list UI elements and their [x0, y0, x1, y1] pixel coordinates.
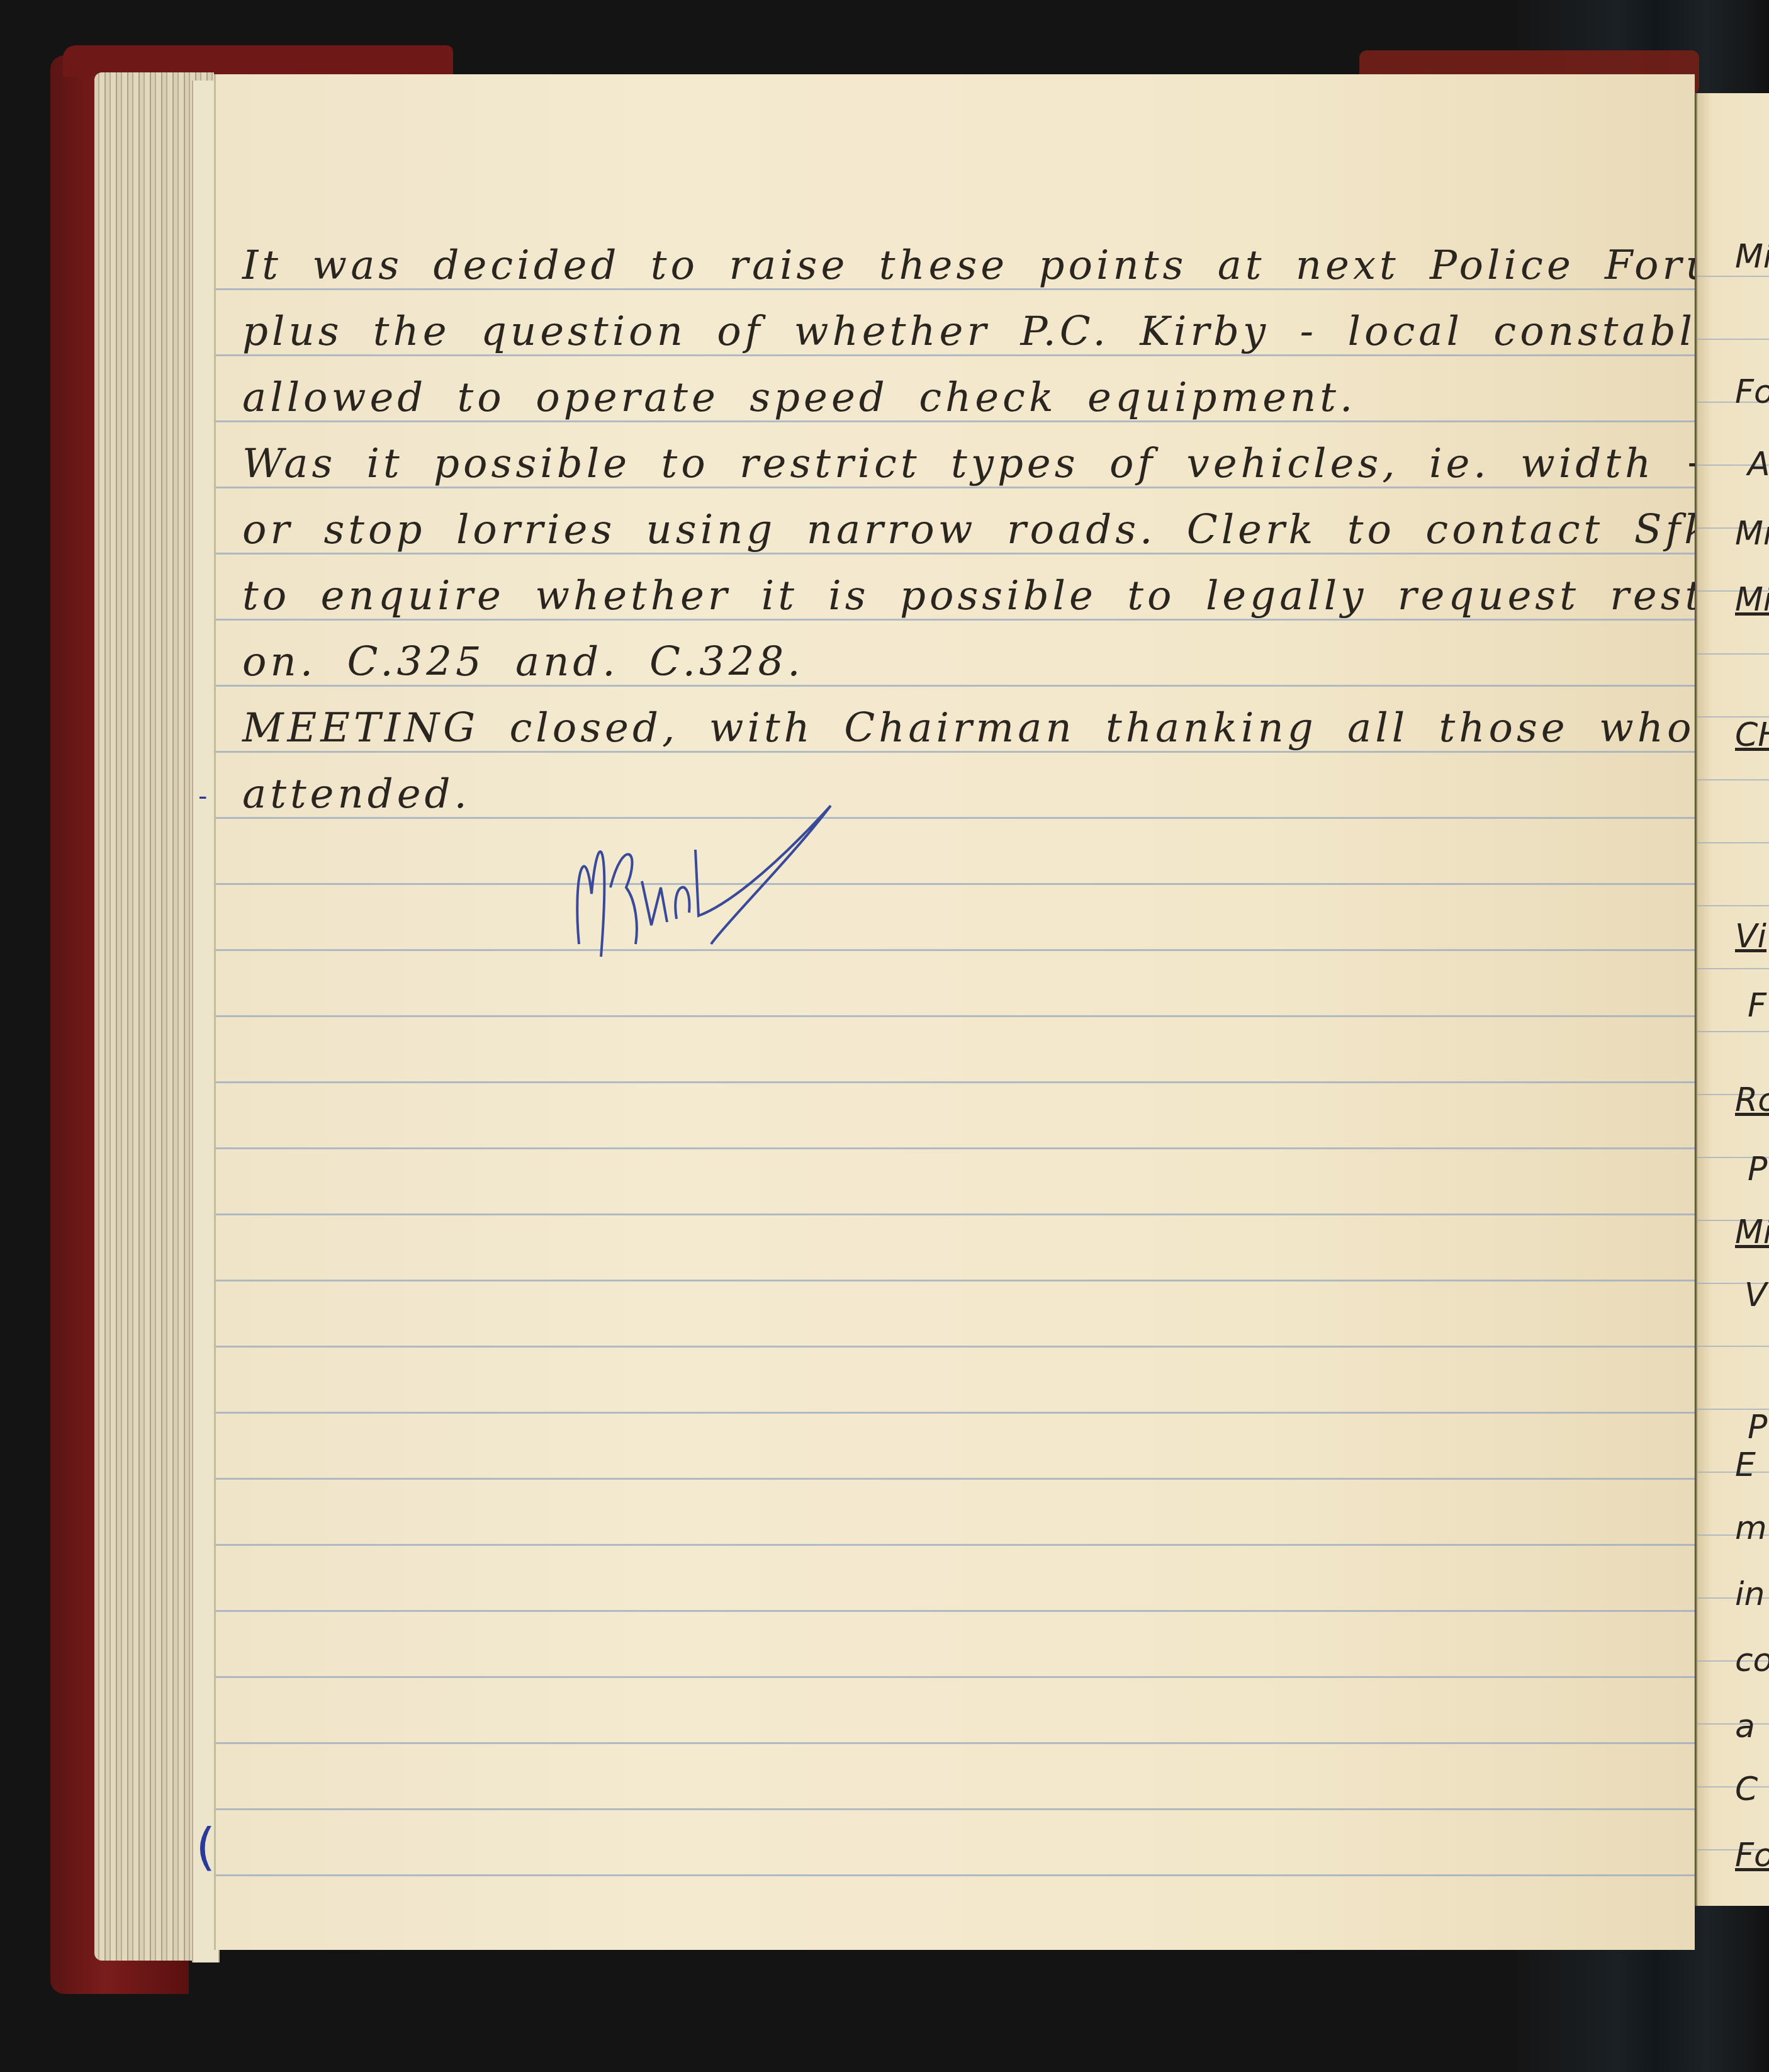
minutes-line-7: on. C.325 and. C.328. [242, 639, 804, 685]
ruled-line [1697, 653, 1769, 655]
ruled-line [1697, 1786, 1769, 1788]
ruled-line [1697, 905, 1769, 906]
ruled-line [1697, 339, 1769, 340]
right-page-text-fragment: V [1744, 1276, 1767, 1314]
ruled-line [216, 1346, 1695, 1348]
minutes-line-8: MEETING closed, with Chairman thanking a… [242, 705, 1769, 752]
left-page [214, 74, 1695, 1950]
right-page-text-fragment: P [1748, 1151, 1767, 1188]
right-page-edge: Mi Fo A Mr Mi CH Vi F Ro P Mi V P E m in… [1695, 93, 1769, 1906]
margin-ink-mark: ( [196, 1818, 215, 1876]
margin-ink-mark: - [198, 782, 207, 811]
ruled-line [216, 1015, 1695, 1017]
right-page-text-fragment: A [1748, 446, 1769, 483]
minutes-line-4: Was it possible to restrict types of veh… [242, 441, 1769, 487]
ruled-line [216, 1081, 1695, 1083]
ruled-line [216, 1544, 1695, 1546]
minutes-line-9: attended. [242, 771, 471, 818]
minutes-line-1: It was decided to raise these points at … [242, 242, 1757, 289]
ruled-line [1697, 276, 1769, 277]
ruled-line [216, 1610, 1695, 1612]
right-page-text-fragment: Ro [1735, 1081, 1769, 1119]
right-page-text-fragment: CH [1735, 716, 1769, 754]
ruled-line [216, 1280, 1695, 1281]
right-page-text-fragment: co [1735, 1641, 1769, 1679]
ruled-line [1697, 1472, 1769, 1473]
right-page-text-fragment: F [1748, 987, 1766, 1025]
ruled-line [216, 1676, 1695, 1678]
ruled-line [216, 883, 1695, 885]
right-page-text-fragment: in [1735, 1575, 1765, 1613]
ruled-line [1697, 1723, 1769, 1725]
ruled-line [216, 1478, 1695, 1480]
ruled-line [1697, 779, 1769, 780]
ruled-line [216, 949, 1695, 951]
right-page-text-fragment: Fo [1735, 373, 1769, 411]
right-page-text-fragment: m [1735, 1509, 1767, 1547]
minutes-line-3: allowed to operate speed check equipment… [242, 374, 1356, 421]
minutes-line-6: to enquire whether it is possible to leg… [242, 573, 1769, 619]
right-page-text-fragment: a [1735, 1708, 1755, 1745]
right-page-text-fragment: C [1735, 1771, 1758, 1808]
right-page-text-fragment: Mr [1735, 515, 1769, 553]
ruled-line [216, 1147, 1695, 1149]
ruled-line [216, 1742, 1695, 1744]
ruled-line [1697, 1346, 1769, 1347]
ruled-line [1697, 1031, 1769, 1032]
ruled-line [1697, 968, 1769, 969]
right-page-text-fragment: Vi [1735, 918, 1766, 955]
ruled-line [1697, 842, 1769, 843]
chairman-signature [566, 799, 894, 963]
ruled-line [216, 1412, 1695, 1414]
minutes-line-5: or stop lorries using narrow roads. Cler… [242, 507, 1769, 553]
right-page-text-fragment: Mi [1735, 238, 1769, 276]
right-page-text-fragment: Mi [1735, 1213, 1769, 1251]
ruled-line [216, 1808, 1695, 1810]
right-page-text-fragment: E [1735, 1446, 1756, 1484]
right-page-text-fragment: Mi [1735, 581, 1769, 619]
right-page-text-fragment: P [1748, 1409, 1767, 1446]
ruled-line [216, 1213, 1695, 1215]
right-page-text-fragment: Fo [1735, 1837, 1769, 1874]
ruled-line [216, 1874, 1695, 1876]
minutes-line-2: plus the question of whether P.C. Kirby … [242, 308, 1769, 355]
